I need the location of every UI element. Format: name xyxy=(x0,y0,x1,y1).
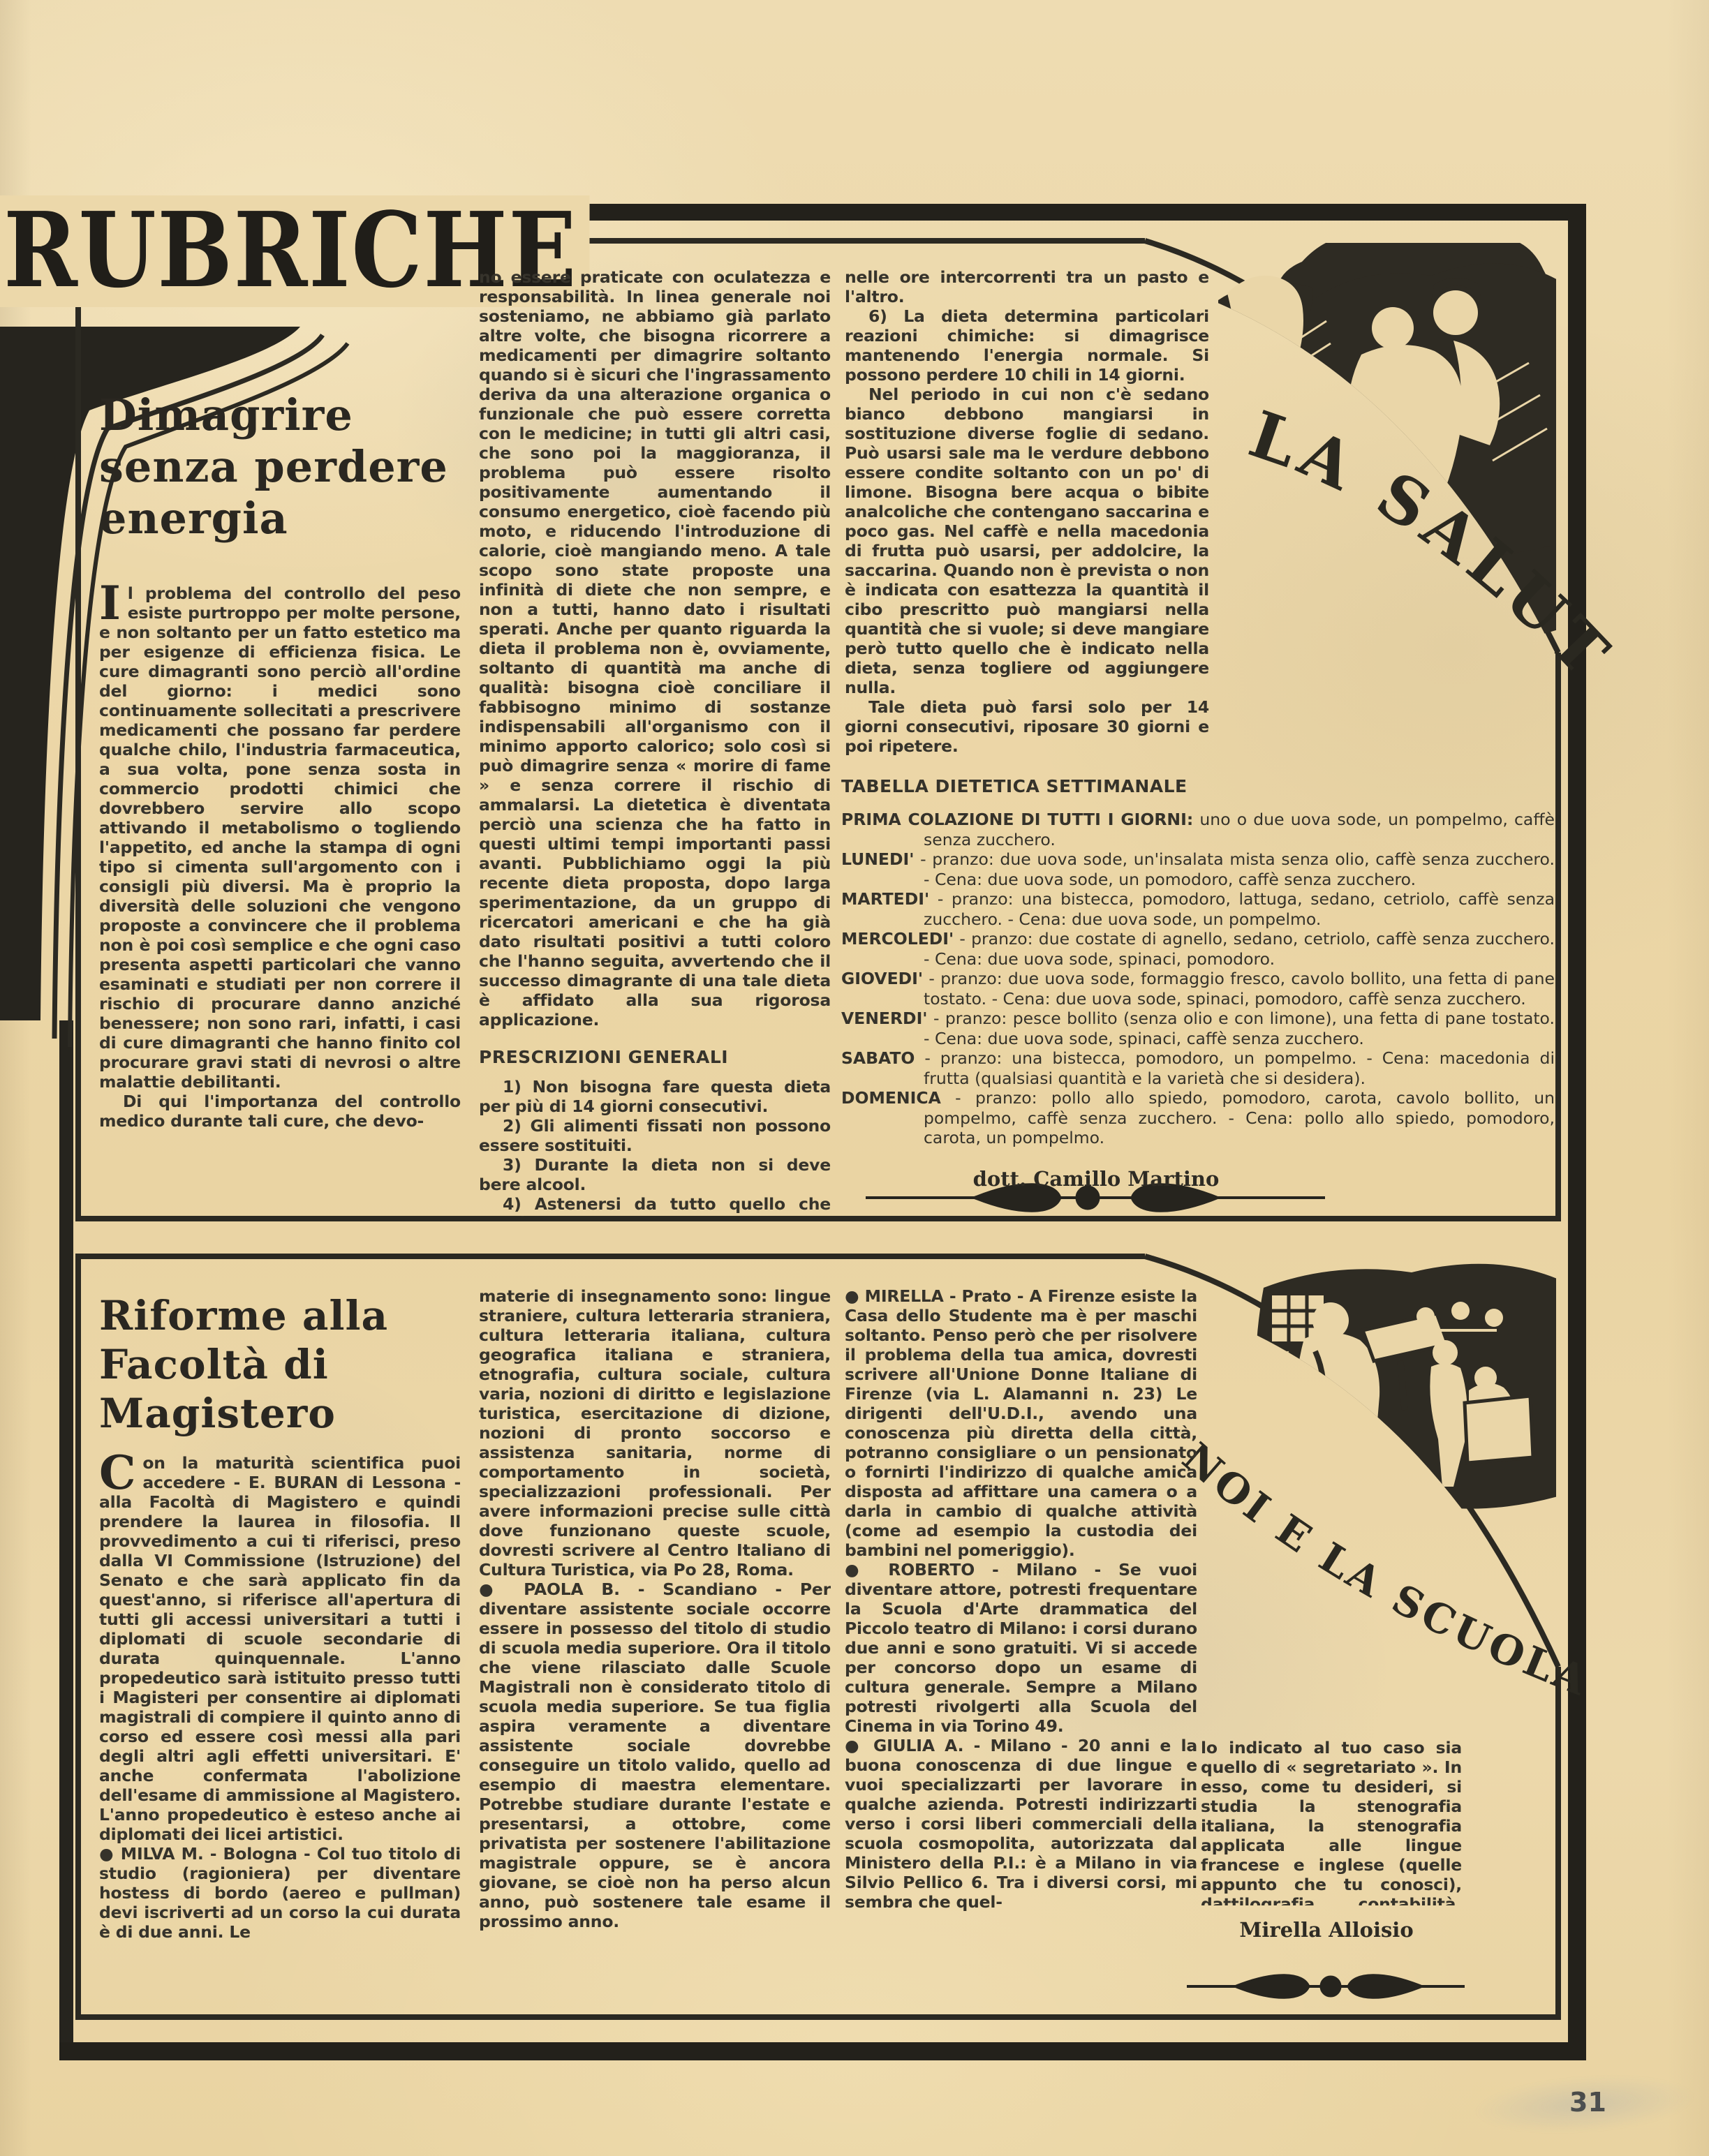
page-number: 31 xyxy=(1569,2087,1606,2118)
magazine-page: LA SALUTE NOI E LA SCUOLA RUBRICHE Dimag… xyxy=(0,0,1709,2156)
health-column-3: nelle ore intercorrenti tra un pasto e l… xyxy=(845,267,1209,798)
school-column-4: lo indicato al tuo caso sia quello di « … xyxy=(1201,1738,1462,1905)
right-rule xyxy=(1568,204,1586,2060)
reader-letter: ● PAOLA B. - Scandiano - Per diventare a… xyxy=(479,1579,831,1931)
bottom-rule xyxy=(59,2042,1586,2060)
reader-letter: ● MIRELLA - Prato - A Firenze esiste la … xyxy=(845,1286,1197,1560)
noi-e-la-scuola-illustration xyxy=(1255,1264,1606,1509)
diet-row: DOMENICA - pranzo: pollo allo spiedo, po… xyxy=(841,1088,1555,1148)
health-signature: dott. Camillo Martino xyxy=(841,1167,1351,1191)
reader-letter: ● GIULIA A. - Milano - 20 anni e la buon… xyxy=(845,1736,1197,1912)
school-signature: Mirella Alloisio xyxy=(1187,1918,1466,1942)
diet-row: MERCOLEDI' - pranzo: due costate di agne… xyxy=(841,929,1555,969)
drop-cap: C xyxy=(99,1455,135,1491)
diet-row: GIOVEDI' - pranzo: due uova sode, formag… xyxy=(841,969,1555,1009)
diet-row: LUNEDI' - pranzo: due uova sode, un'insa… xyxy=(841,849,1555,889)
diet-table-heading: TABELLA DIETETICA SETTIMANALE xyxy=(841,776,1400,796)
health-column-2: no essere praticate con oculatezza e res… xyxy=(479,267,831,1217)
diet-row: MARTEDI' - pranzo: una bistecca, pomodor… xyxy=(841,889,1555,929)
school-article-title: Riforme alla Facoltà di Magistero xyxy=(99,1291,459,1438)
drop-cap: I xyxy=(99,585,121,621)
reader-letter: ● MILVA M. - Bologna - Col tuo titolo di… xyxy=(99,1844,461,1942)
divider-ornament-school xyxy=(1187,1975,1465,1999)
school-column-2: materie di insegnamento sono: lingue str… xyxy=(479,1286,831,1991)
diet-row: PRIMA COLAZIONE DI TUTTI I GIORNI: uno o… xyxy=(841,810,1555,849)
reader-letter: ● ROBERTO - Milano - Se vuoi diventare a… xyxy=(845,1560,1197,1736)
diet-row: VENERDI' - pranzo: pesce bollito (senza … xyxy=(841,1009,1555,1048)
school-column-3: ● MIRELLA - Prato - A Firenze esiste la … xyxy=(845,1286,1197,1991)
school-column-1: Con la maturità scientifica puoi acceder… xyxy=(99,1453,461,2005)
left-rule xyxy=(59,1020,73,2042)
health-article-title: Dimagrire senza perdere energia xyxy=(99,389,459,544)
diet-row: SABATO - pranzo: una bistecca, pomodoro,… xyxy=(841,1048,1555,1088)
diet-table: PRIMA COLAZIONE DI TUTTI I GIORNI: uno o… xyxy=(841,810,1555,1173)
health-column-1: Il problema del controllo del peso esist… xyxy=(99,583,461,1212)
prescriptions-heading: PRESCRIZIONI GENERALI xyxy=(479,1048,831,1067)
